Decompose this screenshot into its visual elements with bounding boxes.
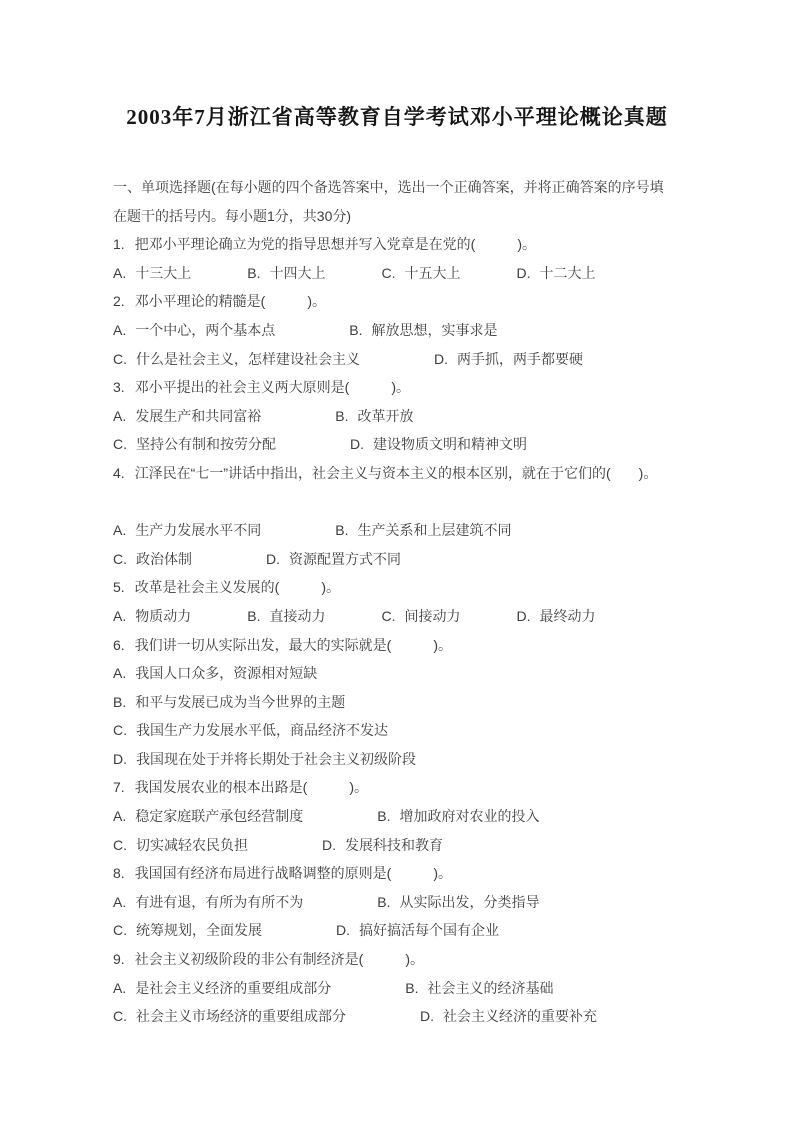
option-text: 我国现在处于并将长期处于社会主义初级阶段	[136, 751, 416, 767]
option-text: 社会主义经济的重要补充	[443, 1008, 597, 1024]
option-5-a: A.物质动力	[113, 608, 191, 624]
option-label: A.	[113, 516, 126, 545]
option-9-b: B.社会主义的经济基础	[405, 980, 553, 996]
document-title: 2003年7月浙江省高等教育自学考试邓小平理论概论真题	[0, 101, 794, 131]
options-row: C.我国生产力发展水平低，商品经济不发达	[113, 716, 713, 745]
question-8-stem: 8.我国国有经济布局进行战略调整的原则是( )。	[113, 859, 713, 888]
option-text: 改革开放	[357, 408, 413, 424]
option-label: C.	[113, 716, 127, 745]
options-row: C.统筹规划，全面发展D.搞好搞活每个国有企业	[113, 916, 713, 945]
question-9-stem: 9.社会主义初级阶段的非公有制经济是( )。	[113, 945, 713, 974]
option-3-c: C.坚持公有制和按劳分配	[113, 436, 276, 452]
option-label: C.	[381, 259, 395, 288]
options-row: A.有进有退，有所为有所不为B.从实际出发，分类指导	[113, 888, 713, 917]
option-4-a: A.生产力发展水平不同	[113, 522, 261, 538]
question-number: 1.	[113, 230, 125, 259]
question-number: 7.	[113, 773, 125, 802]
option-text: 搞好搞活每个国有企业	[359, 922, 499, 938]
option-text: 和平与发展已成为当今世界的主题	[135, 694, 345, 710]
question-text: 改革是社会主义发展的( )。	[135, 579, 340, 595]
option-9-a: A.是社会主义经济的重要组成部分	[113, 980, 331, 996]
question-number: 5.	[113, 573, 125, 602]
option-9-c: C.社会主义市场经济的重要组成部分	[113, 1008, 346, 1024]
option-label: A.	[113, 974, 126, 1003]
option-4-d: D.资源配置方式不同	[266, 551, 401, 567]
question-number: 6.	[113, 631, 125, 660]
option-text: 一个中心，两个基本点	[135, 322, 275, 338]
option-text: 物质动力	[135, 608, 191, 624]
option-label: B.	[405, 974, 418, 1003]
option-3-d: D.建设物质文明和精神文明	[350, 436, 527, 452]
question-6-stem: 6.我们讲一切从实际出发，最大的实际就是( )。	[113, 631, 713, 660]
option-6-a: A.我国人口众多，资源相对短缺	[113, 665, 317, 681]
question-number: 2.	[113, 287, 125, 316]
option-text: 间接动力	[404, 608, 460, 624]
option-label: D.	[322, 831, 336, 860]
section-instructions-line1: 一、单项选择题(在每小题的四个备选答案中，选出一个正确答案，并将正确答案的序号填	[113, 173, 713, 202]
options-row: C.政治体制D.资源配置方式不同	[113, 545, 713, 574]
option-label: B.	[335, 516, 348, 545]
option-3-b: B.改革开放	[335, 408, 413, 424]
options-row: A.我国人口众多，资源相对短缺	[113, 659, 713, 688]
option-label: B.	[247, 602, 260, 631]
options-row: C.社会主义市场经济的重要组成部分D.社会主义经济的重要补充	[113, 1002, 713, 1031]
option-text: 社会主义市场经济的重要组成部分	[136, 1008, 346, 1024]
option-text: 建设物质文明和精神文明	[373, 436, 527, 452]
option-label: A.	[113, 259, 126, 288]
option-label: D.	[516, 602, 530, 631]
option-label: D.	[350, 430, 364, 459]
question-number: 9.	[113, 945, 125, 974]
option-text: 资源配置方式不同	[289, 551, 401, 567]
options-row: A.物质动力B.直接动力C.间接动力D.最终动力	[113, 602, 713, 631]
options-row: A.生产力发展水平不同B.生产关系和上层建筑不同	[113, 516, 713, 545]
option-1-c: C.十五大上	[381, 265, 460, 281]
option-text: 政治体制	[136, 551, 192, 567]
option-label: C.	[113, 831, 127, 860]
option-7-b: B.增加政府对农业的投入	[377, 808, 539, 824]
options-row: A.是社会主义经济的重要组成部分B.社会主义的经济基础	[113, 974, 713, 1003]
option-text: 十二大上	[539, 265, 595, 281]
option-1-d: D.十二大上	[516, 265, 595, 281]
options-row: A.十三大上B.十四大上C.十五大上D.十二大上	[113, 259, 713, 288]
document-page: 2003年7月浙江省高等教育自学考试邓小平理论概论真题 一、单项选择题(在每小题…	[0, 0, 794, 1123]
question-5-stem: 5.改革是社会主义发展的( )。	[113, 573, 713, 602]
options-row: A.稳定家庭联产承包经营制度B.增加政府对农业的投入	[113, 802, 713, 831]
option-5-d: D.最终动力	[516, 608, 595, 624]
options-row: A.一个中心，两个基本点B.解放思想，实事求是	[113, 316, 713, 345]
question-text: 邓小平理论的精髓是( )。	[135, 293, 326, 309]
question-3-stem: 3.邓小平提出的社会主义两大原则是( )。	[113, 373, 713, 402]
options-row: B.和平与发展已成为当今世界的主题	[113, 688, 713, 717]
question-1-stem: 1.把邓小平理论确立为党的指导思想并写入党章是在党的( )。	[113, 230, 713, 259]
option-text: 统筹规划，全面发展	[136, 922, 262, 938]
option-label: A.	[113, 316, 126, 345]
question-text: 我国国有经济布局进行战略调整的原则是( )。	[135, 865, 452, 881]
option-4-c: C.政治体制	[113, 551, 192, 567]
option-label: B.	[349, 316, 362, 345]
option-label: C.	[113, 916, 127, 945]
option-8-a: A.有进有退，有所为有所不为	[113, 894, 303, 910]
option-label: D.	[266, 545, 280, 574]
option-8-c: C.统筹规划，全面发展	[113, 922, 262, 938]
document-body: 一、单项选择题(在每小题的四个备选答案中，选出一个正确答案，并将正确答案的序号填…	[113, 173, 713, 1031]
option-6-c: C.我国生产力发展水平低，商品经济不发达	[113, 722, 388, 738]
option-9-d: D.社会主义经济的重要补充	[420, 1008, 597, 1024]
option-2-b: B.解放思想，实事求是	[349, 322, 497, 338]
option-2-c: C.什么是社会主义，怎样建设社会主义	[113, 351, 360, 367]
option-text: 十三大上	[135, 265, 191, 281]
option-1-b: B.十四大上	[247, 265, 325, 281]
option-6-b: B.和平与发展已成为当今世界的主题	[113, 694, 345, 710]
question-number: 4.	[113, 459, 125, 488]
option-label: A.	[113, 888, 126, 917]
option-label: C.	[113, 1002, 127, 1031]
option-text: 切实减轻农民负担	[136, 837, 248, 853]
question-text: 我国发展农业的根本出路是( )。	[135, 779, 368, 795]
option-label: B.	[247, 259, 260, 288]
blank-line	[113, 488, 713, 517]
option-text: 从实际出发，分类指导	[399, 894, 539, 910]
question-number: 3.	[113, 373, 125, 402]
option-label: C.	[113, 430, 127, 459]
option-text: 稳定家庭联产承包经营制度	[135, 808, 303, 824]
option-label: A.	[113, 602, 126, 631]
option-label: D.	[420, 1002, 434, 1031]
option-text: 发展科技和教育	[345, 837, 443, 853]
option-text: 解放思想，实事求是	[371, 322, 497, 338]
option-label: B.	[335, 402, 348, 431]
option-7-d: D.发展科技和教育	[322, 837, 443, 853]
option-2-a: A.一个中心，两个基本点	[113, 322, 275, 338]
option-8-b: B.从实际出发，分类指导	[377, 894, 539, 910]
section-instructions-line2: 在题干的括号内。每小题1分，共30分)	[113, 202, 713, 231]
option-label: B.	[377, 802, 390, 831]
option-text: 社会主义的经济基础	[427, 980, 553, 996]
option-text: 生产关系和上层建筑不同	[357, 522, 511, 538]
option-5-b: B.直接动力	[247, 608, 325, 624]
option-text: 十四大上	[269, 265, 325, 281]
options-row: C.切实减轻农民负担D.发展科技和教育	[113, 831, 713, 860]
option-text: 十五大上	[404, 265, 460, 281]
option-text: 我国人口众多，资源相对短缺	[135, 665, 317, 681]
option-1-a: A.十三大上	[113, 265, 191, 281]
options-row: A.发展生产和共同富裕B.改革开放	[113, 402, 713, 431]
question-text: 把邓小平理论确立为党的指导思想并写入党章是在党的( )。	[135, 236, 536, 252]
question-text: 邓小平提出的社会主义两大原则是( )。	[135, 379, 410, 395]
option-label: B.	[113, 688, 126, 717]
option-text: 直接动力	[269, 608, 325, 624]
option-7-c: C.切实减轻农民负担	[113, 837, 248, 853]
option-text: 两手抓，两手都要硬	[457, 351, 583, 367]
option-8-d: D.搞好搞活每个国有企业	[336, 922, 499, 938]
option-label: A.	[113, 402, 126, 431]
options-row: D.我国现在处于并将长期处于社会主义初级阶段	[113, 745, 713, 774]
question-text: 我们讲一切从实际出发，最大的实际就是( )。	[135, 637, 452, 653]
option-text: 最终动力	[539, 608, 595, 624]
question-text: 社会主义初级阶段的非公有制经济是( )。	[135, 951, 424, 967]
option-6-d: D.我国现在处于并将长期处于社会主义初级阶段	[113, 751, 416, 767]
question-4-stem: 4.江泽民在“七一”讲话中指出，社会主义与资本主义的根本区别，就在于它们的( )…	[113, 459, 713, 488]
option-label: C.	[381, 602, 395, 631]
option-text: 是社会主义经济的重要组成部分	[135, 980, 331, 996]
option-text: 坚持公有制和按劳分配	[136, 436, 276, 452]
option-text: 增加政府对农业的投入	[399, 808, 539, 824]
questions-list: 1.把邓小平理论确立为党的指导思想并写入党章是在党的( )。A.十三大上B.十四…	[113, 230, 713, 1031]
option-label: D.	[336, 916, 350, 945]
option-label: D.	[113, 745, 127, 774]
option-label: B.	[377, 888, 390, 917]
option-3-a: A.发展生产和共同富裕	[113, 408, 261, 424]
option-2-d: D.两手抓，两手都要硬	[434, 351, 583, 367]
option-text: 什么是社会主义，怎样建设社会主义	[136, 351, 360, 367]
option-label: D.	[516, 259, 530, 288]
option-text: 发展生产和共同富裕	[135, 408, 261, 424]
question-7-stem: 7.我国发展农业的根本出路是( )。	[113, 773, 713, 802]
option-5-c: C.间接动力	[381, 608, 460, 624]
options-row: C.什么是社会主义，怎样建设社会主义D.两手抓，两手都要硬	[113, 345, 713, 374]
option-text: 生产力发展水平不同	[135, 522, 261, 538]
option-label: A.	[113, 802, 126, 831]
question-text: 江泽民在“七一”讲话中指出，社会主义与资本主义的根本区别，就在于它们的( )。	[135, 465, 658, 481]
option-label: D.	[434, 345, 448, 374]
question-2-stem: 2.邓小平理论的精髓是( )。	[113, 287, 713, 316]
option-label: C.	[113, 545, 127, 574]
question-number: 8.	[113, 859, 125, 888]
option-4-b: B.生产关系和上层建筑不同	[335, 522, 511, 538]
option-text: 我国生产力发展水平低，商品经济不发达	[136, 722, 388, 738]
option-label: A.	[113, 659, 126, 688]
option-label: C.	[113, 345, 127, 374]
options-row: C.坚持公有制和按劳分配D.建设物质文明和精神文明	[113, 430, 713, 459]
option-7-a: A.稳定家庭联产承包经营制度	[113, 808, 303, 824]
option-text: 有进有退，有所为有所不为	[135, 894, 303, 910]
